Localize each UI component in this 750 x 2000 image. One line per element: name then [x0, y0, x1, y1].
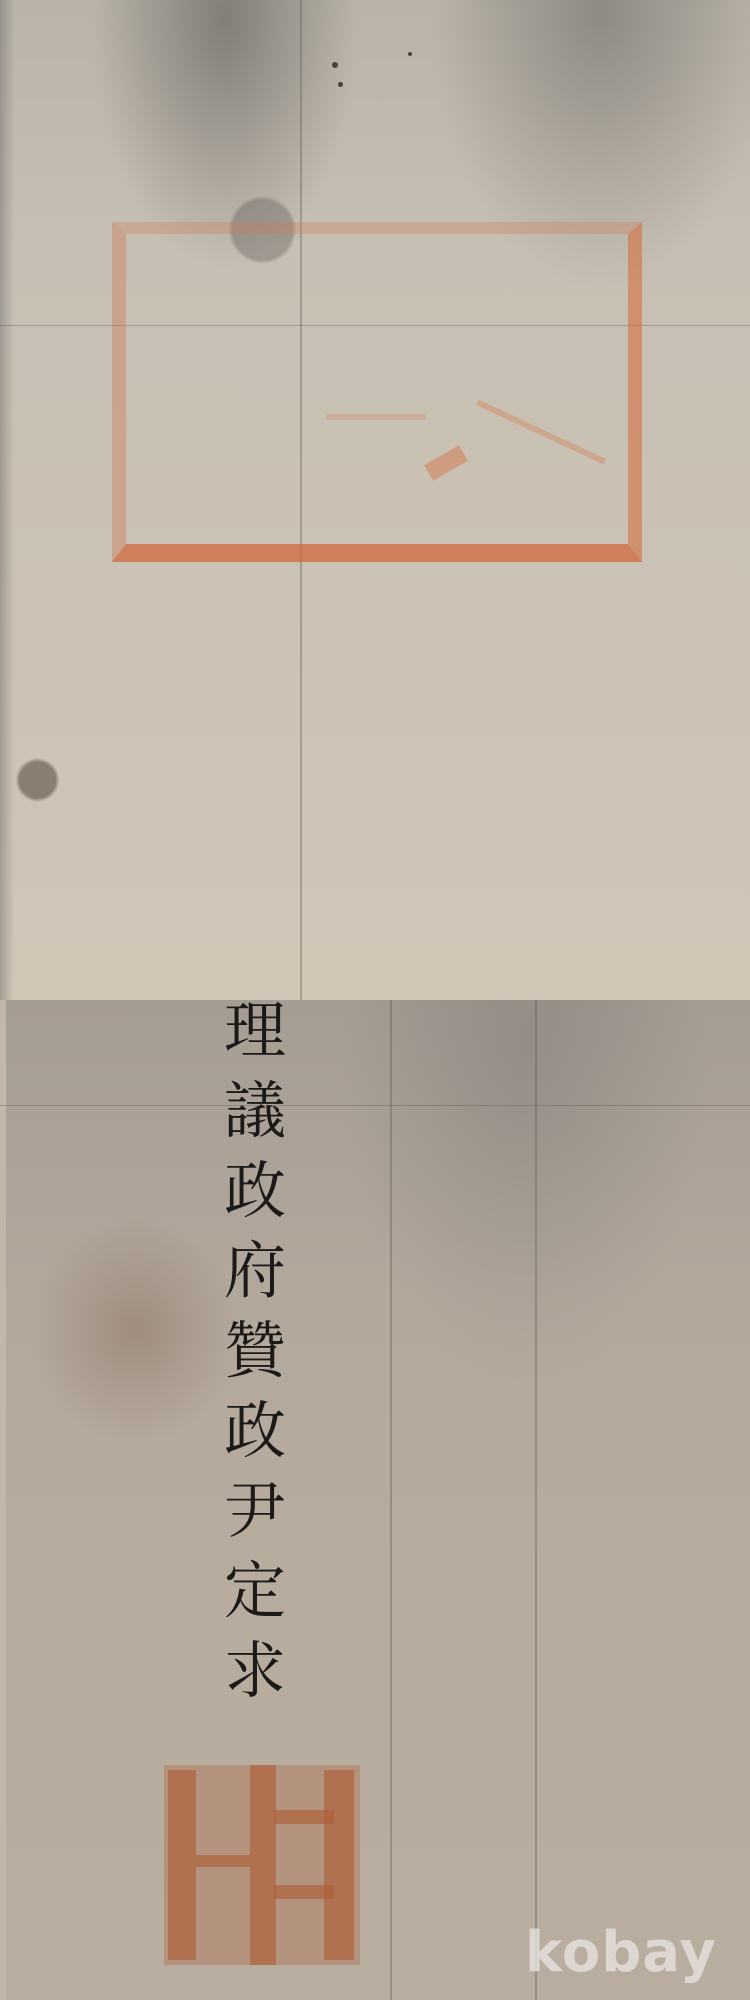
faded-seal-impression	[112, 222, 642, 562]
inscription-char: 政	[224, 1160, 286, 1240]
document-photo-top	[0, 0, 750, 1000]
inscription-char: 理	[224, 1000, 286, 1080]
paper-crease	[0, 1105, 750, 1106]
inscription-char: 府	[224, 1240, 286, 1320]
inscription-char: 尹	[224, 1480, 286, 1560]
ink-speck	[408, 52, 412, 56]
ink-speck	[338, 82, 343, 87]
red-seal	[164, 1765, 360, 1965]
ink-speck	[332, 62, 338, 68]
paper-crease	[390, 1000, 392, 2000]
inscription-char: 定	[224, 1560, 286, 1640]
paper-crease	[535, 1000, 537, 2000]
inscription-char: 贊	[224, 1320, 286, 1400]
inscription-char: 政	[224, 1400, 286, 1480]
watermark-logo: kobay	[525, 1920, 717, 1985]
document-photo-bottom	[0, 1000, 750, 2000]
vertical-inscription: 理 議 政 府 贊 政 尹 定 求	[200, 1000, 310, 1720]
inscription-char: 求	[224, 1640, 286, 1720]
inscription-char: 議	[224, 1080, 286, 1160]
